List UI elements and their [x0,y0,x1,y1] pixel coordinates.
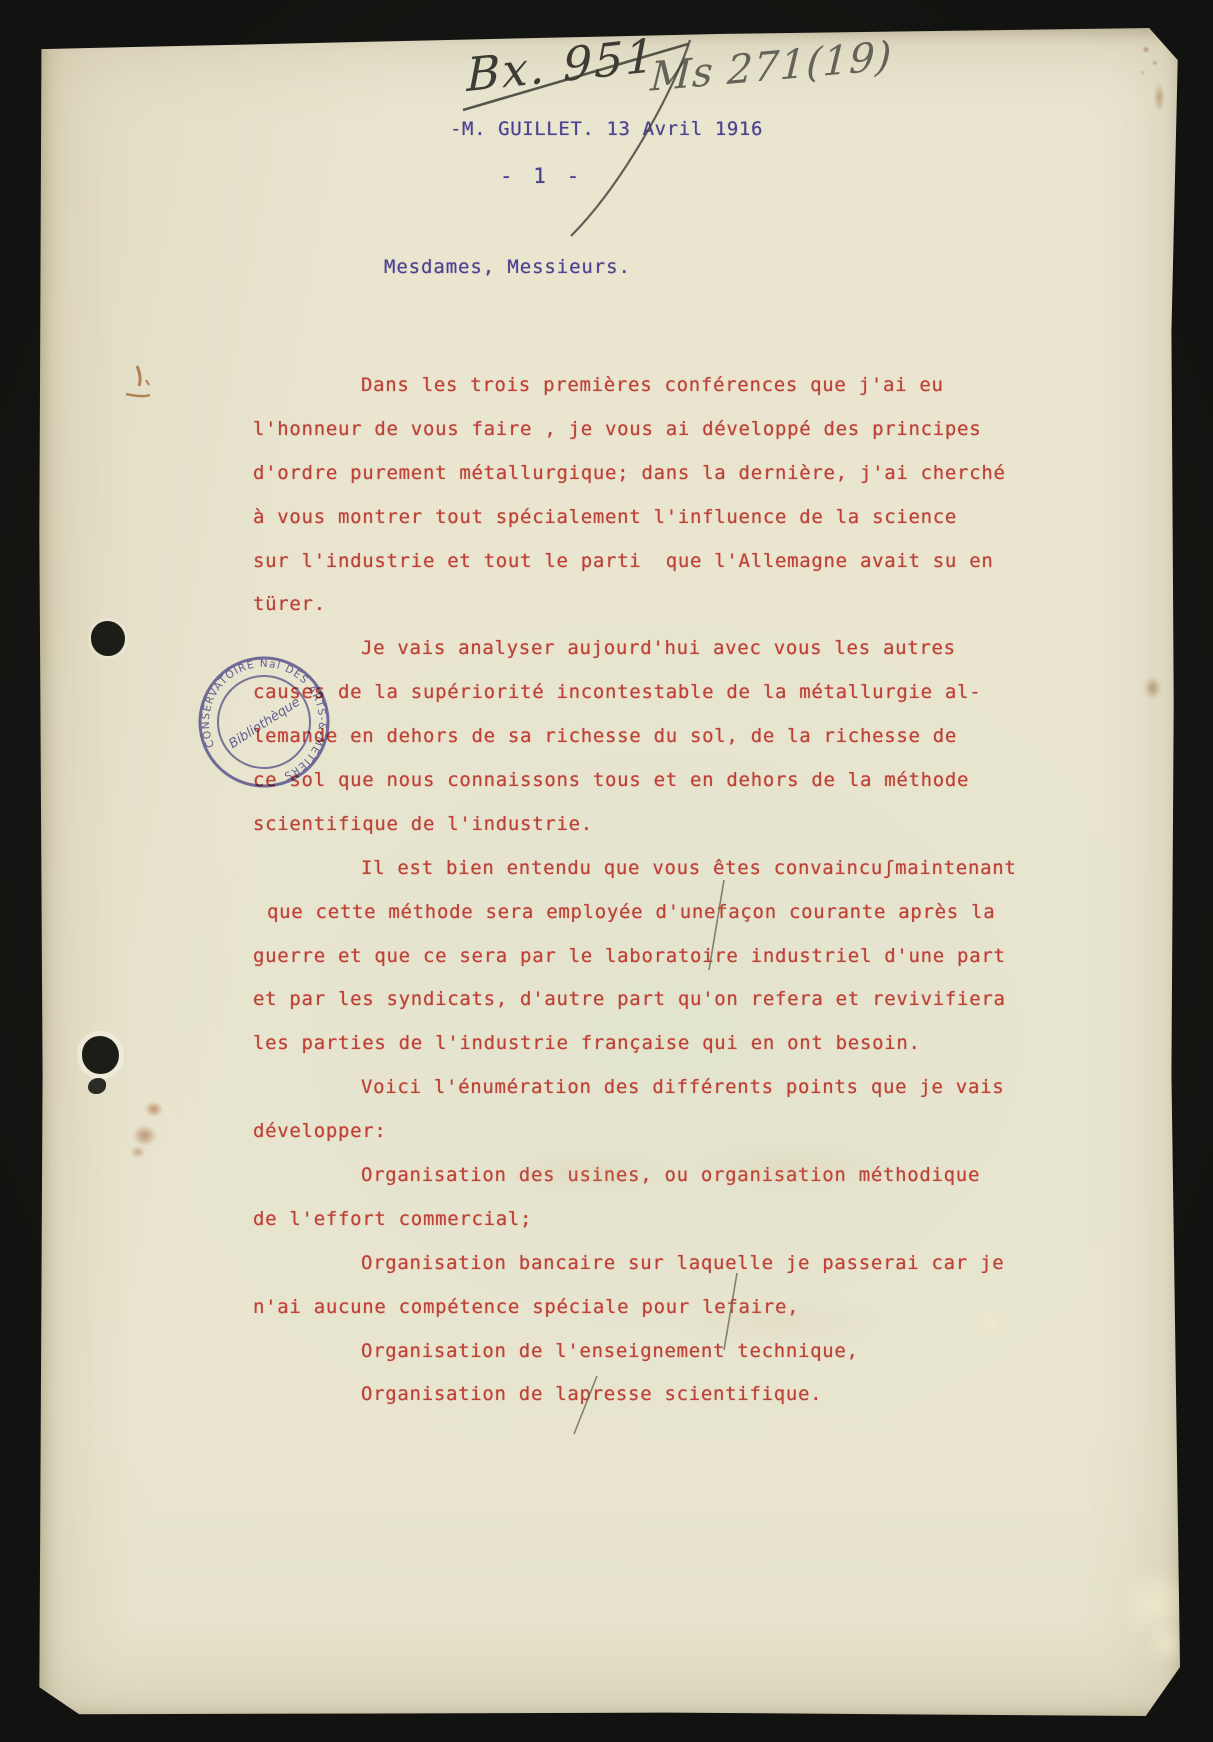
body-line: ce sol que nous connaissons tous et en d… [253,759,1083,803]
foxing-spots [1132,38,1176,134]
body-line: Organisation de l'enseignement technique… [253,1330,1083,1374]
body-line: causes de la supériorité incontestable d… [253,671,1083,715]
body-line: d'ordre purement métallurgique; dans la … [253,452,1083,496]
body-line: lemande en dehors de sa richesse du sol,… [253,715,1083,759]
body-line: de l'effort commercial; [253,1198,1083,1242]
rust-stain [124,1096,170,1162]
body-line: Organisation des usines, ou organisation… [253,1154,1083,1198]
paper-chip [88,1078,106,1094]
body-line: et par les syndicats, d'autre part qu'on… [253,978,1083,1022]
body-line: à vous montrer tout spécialement l'influ… [253,496,1083,540]
body-line: Voici l'énumération des différents point… [253,1066,1083,1110]
light-patch [1144,1620,1190,1666]
handwritten-manuscript-number: Ms 271(19) [649,33,893,101]
body-line: les parties de l'industrie française qui… [253,1022,1083,1066]
body-text: Dans les trois premières conférences que… [253,364,1083,1417]
rust-stain [1134,666,1168,710]
handwritten-shelfmark-crossed-out: Bx. 951 [467,28,657,102]
body-line: Il est bien entendu que vous êtes convai… [253,847,1083,891]
punch-hole [82,1036,119,1074]
body-line: n'ai aucune compétence spéciale pour lef… [253,1286,1083,1330]
document-title: -M. GUILLET. 13 Avril 1916 [450,118,763,140]
body-line: Organisation bancaire sur laquelle je pa… [253,1242,1083,1286]
paper-sheet: Bx. 951 Ms 271(19) -M. GUILLET. 13 Avril… [38,28,1180,1716]
body-line: scientifique de l'industrie. [253,803,1083,847]
salutation-line: Mesdames, Messieurs. [384,256,631,278]
rust-marks [126,366,150,396]
light-patch [1116,1566,1196,1640]
stamp-center-text: Bibliothèque [226,695,303,752]
body-line: développer: [253,1110,1083,1154]
punch-hole [91,621,125,656]
body-line: que cette méthode sera employée d'unefaç… [253,891,1083,935]
body-line: türer. [253,583,1083,627]
library-stamp: CONSERVATOIRE Nal DES ARTS-&-MÉTIERS Bib… [189,647,339,797]
body-line: l'honneur de vous faire , je vous ai dév… [253,408,1083,452]
scanned-document-page: Bx. 951 Ms 271(19) -M. GUILLET. 13 Avril… [0,0,1213,1742]
body-line: guerre et que ce sera par le laboratoire… [253,935,1083,979]
page-number: - 1 - [500,164,583,188]
body-line: Je vais analyser aujourd'hui avec vous l… [253,627,1083,671]
body-line: Organisation de lapresse scientifique. [253,1373,1083,1417]
body-line: sur l'industrie et tout le parti que l'A… [253,540,1083,584]
body-line: Dans les trois premières conférences que… [253,364,1083,408]
